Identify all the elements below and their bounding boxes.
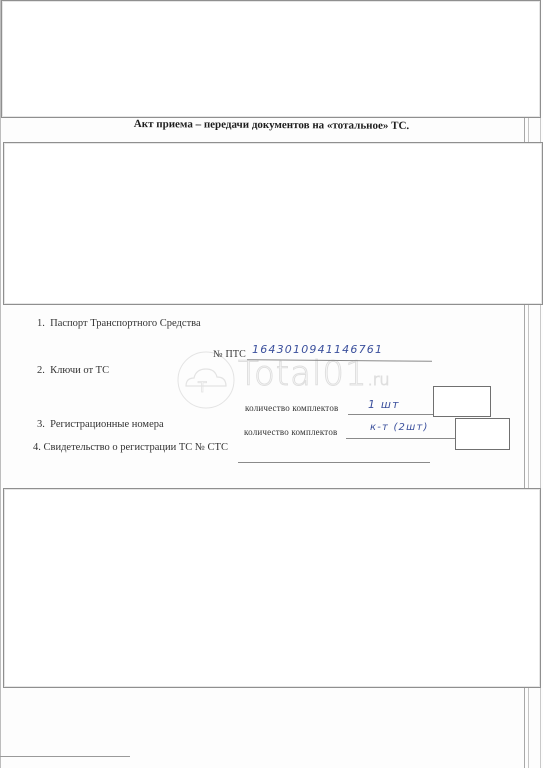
scan-artifact-line <box>0 756 130 757</box>
keys-count-label: количество комплектов <box>245 403 338 413</box>
plates-count-value[interactable]: к-т (2шт) <box>370 422 429 433</box>
plates-count-line <box>346 438 456 439</box>
plates-count-label: количество комплектов <box>244 427 337 437</box>
item-3-label: 3. Регистрационные номера <box>37 419 164 430</box>
item-1-label: 1. Паспорт Транспортного Средства <box>37 318 201 329</box>
pts-number-value[interactable]: 1643010941146761 <box>252 343 383 356</box>
document-title: Акт приема – передачи документов на «тот… <box>0 117 543 133</box>
keys-count-line <box>348 414 434 415</box>
header-redaction <box>1 0 541 118</box>
pts-number-label: № ПТС <box>213 349 246 360</box>
keys-checkbox[interactable] <box>433 386 491 417</box>
plates-checkbox[interactable] <box>455 418 510 450</box>
keys-count-value[interactable]: 1 шт <box>368 398 400 411</box>
svg-text:T: T <box>197 380 207 396</box>
footer-redaction <box>3 488 541 688</box>
item-2-label: 2. Ключи от ТС <box>37 365 109 376</box>
item-4-label: 4. Свидетельство о регистрации ТС № СТС <box>33 442 228 453</box>
parties-redaction <box>3 142 543 305</box>
sts-number-line <box>238 462 430 463</box>
